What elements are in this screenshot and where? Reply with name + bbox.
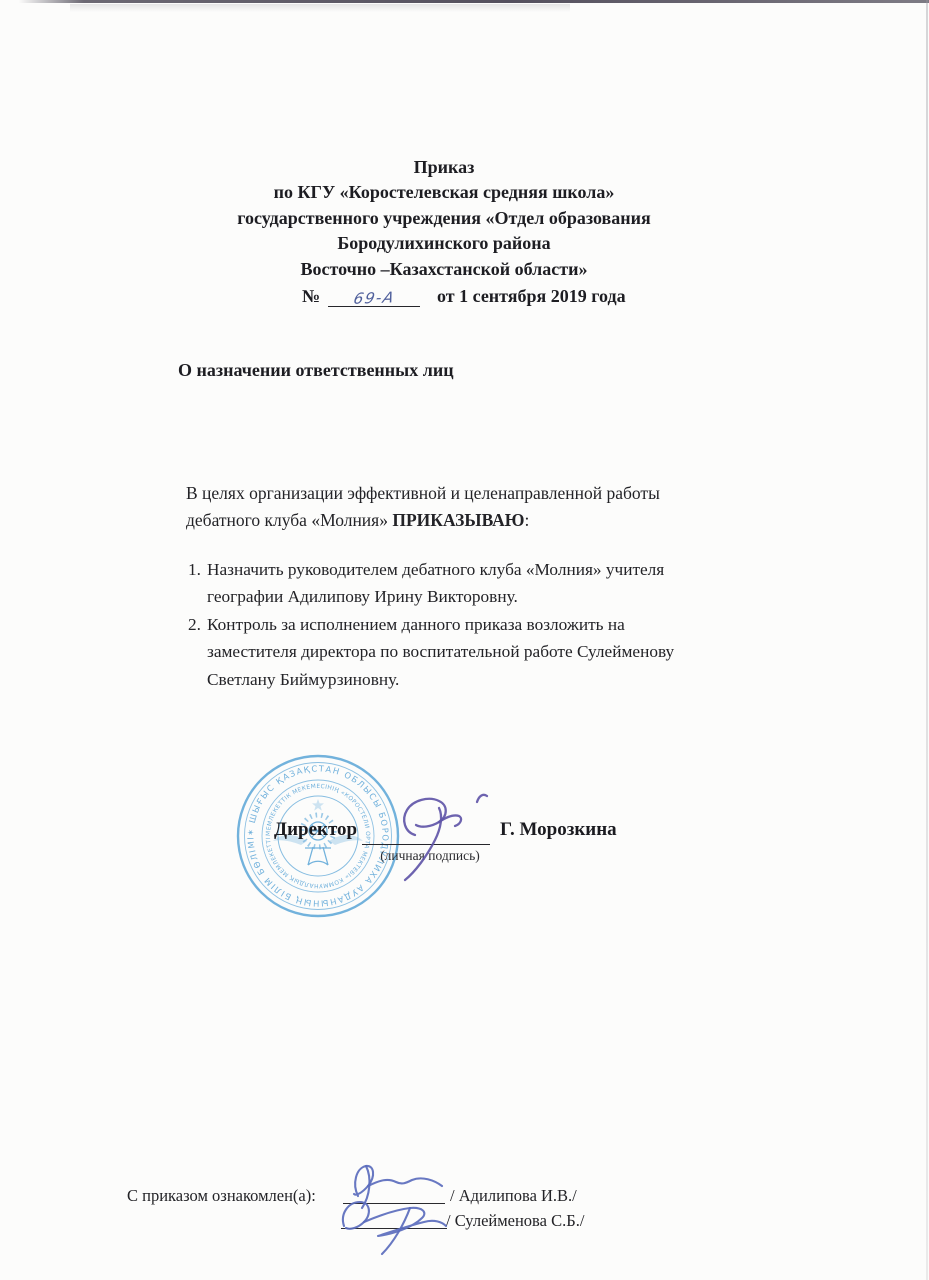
scan-right-edge-artifact xyxy=(926,0,928,1280)
acknowledgment-name-1: / Адилипова И.В./ xyxy=(450,1186,577,1206)
order-verb: ПРИКАЗЫВАЮ xyxy=(392,510,524,530)
scanned-order-document: Приказ по КГУ «Коростелевская средняя шк… xyxy=(0,0,929,1280)
order-item-1-text: Назначить руководителем дебатного клуба … xyxy=(207,556,687,611)
order-item-2-number: 2. xyxy=(188,611,206,638)
scan-top-edge-artifact xyxy=(0,0,929,3)
stamp-ribbons xyxy=(305,847,331,865)
order-preamble: В целях организации эффективной и целена… xyxy=(186,480,726,534)
preamble-line-2-text: дебатного клуба «Молния» xyxy=(186,510,392,530)
preamble-line-2: дебатного клуба «Молния» ПРИКАЗЫВАЮ: xyxy=(186,507,726,534)
order-item-2-text: Контроль за исполнением данного приказа … xyxy=(207,611,687,693)
order-date: от 1 сентября 2019 года xyxy=(437,286,626,307)
preamble-colon: : xyxy=(525,510,530,530)
preamble-line-1: В целях организации эффективной и целена… xyxy=(186,480,726,507)
order-number-label: № xyxy=(302,286,320,307)
stamp-star xyxy=(312,799,324,811)
order-title-block: Приказ по КГУ «Коростелевская средняя шк… xyxy=(0,155,888,282)
acknowledgment-name-2: / Сулейменова С.Б./ xyxy=(446,1211,584,1231)
acknowledgment-label: С приказом ознакомлен(а): xyxy=(127,1186,316,1206)
order-number-handwritten: 69-А xyxy=(352,288,397,307)
order-number-field: 69-А xyxy=(328,288,420,307)
acknowledgment-handwritten-signature-2 xyxy=(330,1190,465,1262)
scan-smudge-artifact xyxy=(70,4,570,12)
director-role-label: Директор xyxy=(274,819,357,841)
director-name: Г. Морозкина xyxy=(500,819,617,841)
order-item-1-number: 1. xyxy=(188,556,206,583)
order-subject-heading: О назначении ответственных лиц xyxy=(178,360,454,381)
director-handwritten-signature xyxy=(385,788,500,888)
